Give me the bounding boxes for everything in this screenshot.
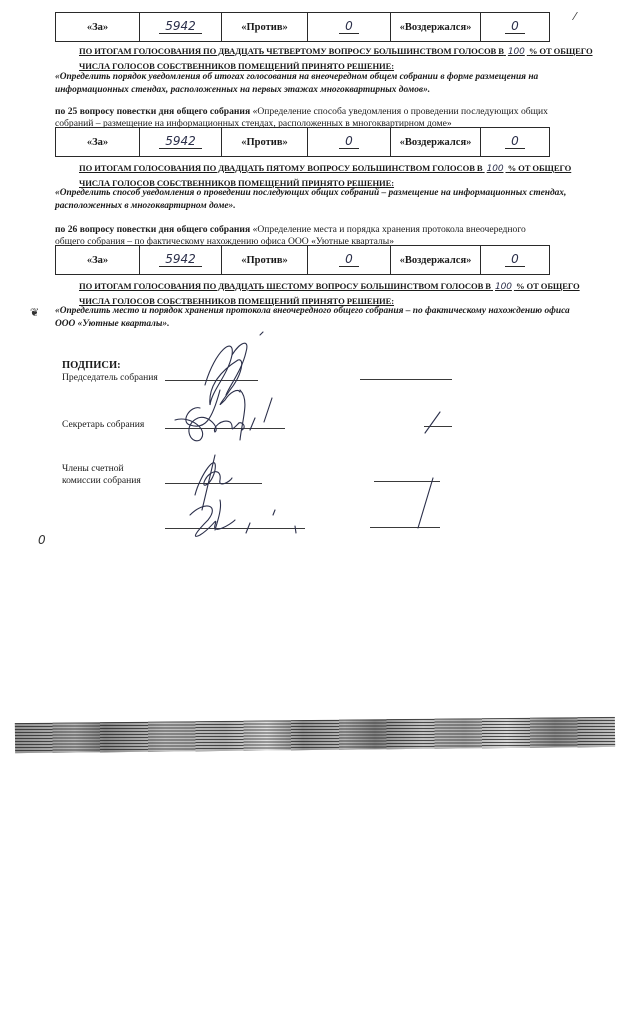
abstained-value: 0: [505, 253, 525, 267]
signatures-title: ПОДПИСИ:: [62, 360, 121, 371]
result-suffix: % от общего: [529, 46, 593, 56]
for-value-cell: 5942: [140, 246, 222, 274]
commission-label-line1: Члены счетной: [62, 463, 124, 474]
result-heading-q26: По итогам голосования по двадцать шестом…: [79, 279, 559, 308]
result-text: По итогам голосования по двадцать четвер…: [79, 46, 504, 56]
secretary-signature-line: [165, 428, 285, 429]
decision-q26: «Определить место и порядок хранения про…: [55, 305, 575, 331]
result-suffix: % от общего: [508, 163, 572, 173]
abstained-label: «Воздержался»: [391, 128, 481, 156]
question-prefix: по 26 вопросу повестки дня общего собран…: [55, 224, 250, 235]
against-value-cell: 0: [308, 128, 391, 156]
for-label: «За»: [56, 128, 140, 156]
against-value: 0: [339, 20, 359, 34]
for-value-cell: 5942: [140, 13, 222, 41]
for-label: «За»: [56, 13, 140, 41]
stray-mark: ❦: [30, 306, 39, 319]
for-label: «За»: [56, 246, 140, 274]
for-value: 5942: [159, 253, 202, 267]
chairman-label: Председатель собрания: [62, 372, 158, 384]
abstained-value: 0: [505, 135, 525, 149]
result-percent: 100: [493, 282, 514, 292]
result-text: По итогам голосования по двадцать шестом…: [79, 281, 491, 291]
for-value: 5942: [159, 20, 202, 34]
result-line2: числа голосов собственников помещений пр…: [79, 61, 394, 71]
abstained-label: «Воздержался»: [391, 246, 481, 274]
against-value: 0: [339, 135, 359, 149]
against-value-cell: 0: [308, 13, 391, 41]
result-heading-q25: По итогам голосования по двадцать пятому…: [79, 161, 559, 190]
result-percent: 100: [506, 47, 527, 57]
signature-scribbles-icon: [160, 330, 460, 560]
stray-mark: ⁄: [574, 10, 576, 23]
scan-artifact-band: [15, 717, 615, 753]
secretary-label: Секретарь собрания: [62, 419, 144, 431]
question-prefix: по 25 вопросу повестки дня общего собран…: [55, 106, 250, 117]
stray-mark: 0: [38, 533, 46, 547]
secretary-name-line: [424, 426, 452, 427]
against-value: 0: [339, 253, 359, 267]
vote-table-q25: «За» 5942 «Против» 0 «Воздержался» 0: [55, 127, 550, 157]
commission-name-line-2: [370, 527, 440, 528]
commission-label: Члены счетной комиссии собрания: [62, 463, 141, 487]
against-label: «Против»: [222, 13, 308, 41]
abstained-value-cell: 0: [481, 246, 549, 274]
commission-name-line-1: [374, 481, 440, 482]
abstained-value-cell: 0: [481, 13, 549, 41]
abstained-value: 0: [505, 20, 525, 34]
chairman-signature-line: [165, 380, 258, 381]
abstained-label: «Воздержался»: [391, 13, 481, 41]
result-suffix: % от общего: [516, 281, 580, 291]
commission-signature-line-2: [165, 528, 305, 529]
against-value-cell: 0: [308, 246, 391, 274]
commission-label-line2: комиссии собрания: [62, 475, 141, 486]
result-heading-q24: По итогам голосования по двадцать четвер…: [79, 44, 559, 73]
vote-table-q26: «За» 5942 «Против» 0 «Воздержался» 0: [55, 245, 550, 275]
result-percent: 100: [485, 164, 506, 174]
against-label: «Против»: [222, 128, 308, 156]
for-value-cell: 5942: [140, 128, 222, 156]
against-label: «Против»: [222, 246, 308, 274]
result-text: По итогам голосования по двадцать пятому…: [79, 163, 483, 173]
abstained-value-cell: 0: [481, 128, 549, 156]
chairman-name-line: [360, 379, 452, 380]
document-page: «За» 5942 «Против» 0 «Воздержался» 0 ⁄ П…: [0, 0, 622, 1024]
decision-q25: «Определить способ уведомления о проведе…: [55, 187, 575, 213]
decision-q24: «Определить порядок уведомления об итога…: [55, 71, 575, 97]
vote-table-q24: «За» 5942 «Против» 0 «Воздержался» 0: [55, 12, 550, 42]
for-value: 5942: [159, 135, 202, 149]
commission-signature-line-1: [165, 483, 262, 484]
